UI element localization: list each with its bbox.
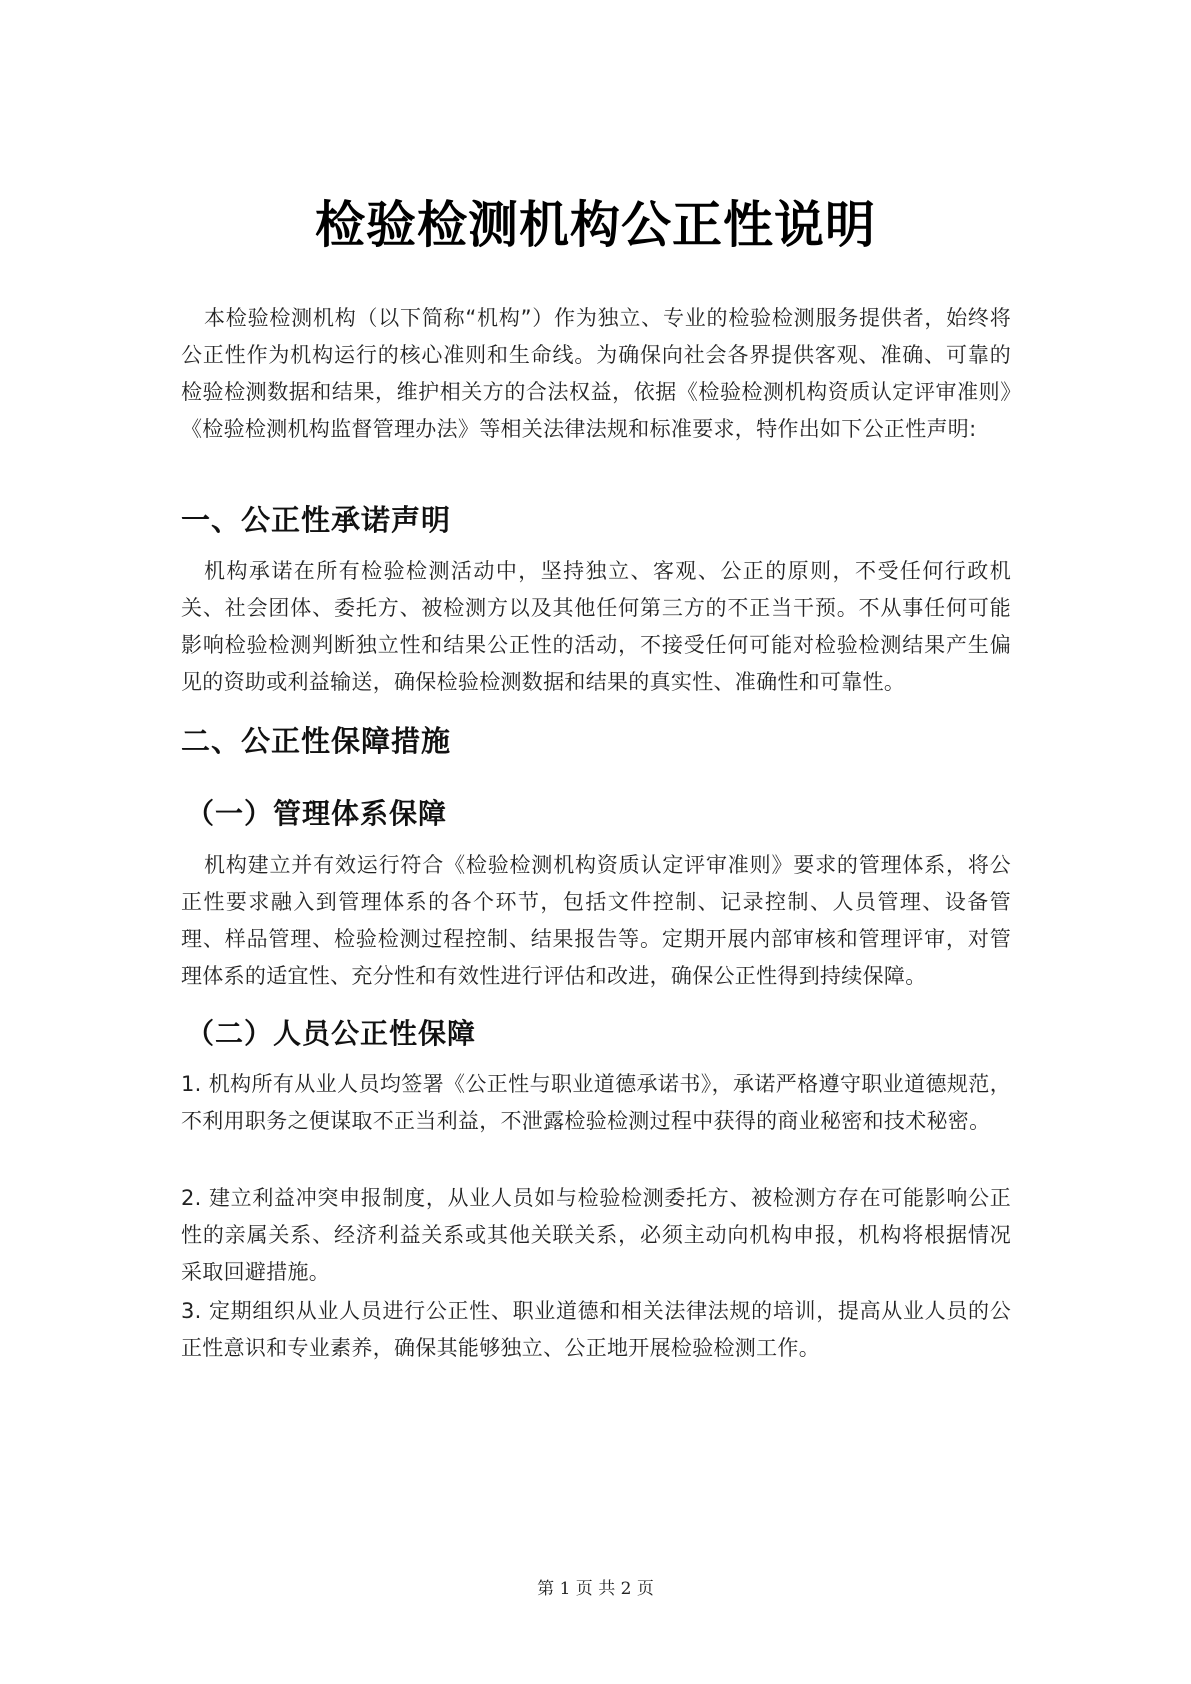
section-heading-commitment: 一、公正性承诺声明: [181, 500, 451, 540]
personnel-item-2: 2. 建立利益冲突申报制度，从业人员如与检验检测委托方、被检测方存在可能影响公正…: [181, 1180, 1011, 1291]
document-page: 检验检测机构公正性说明 本检验检测机构（以下简称“机构”）作为独立、专业的检验检…: [0, 0, 1191, 1684]
management-system-paragraph: 机构建立并有效运行符合《检验检测机构资质认定评审准则》要求的管理体系，将公正性要…: [181, 847, 1011, 995]
page-number-footer: 第 1 页 共 2 页: [0, 1577, 1191, 1601]
subsection-heading-personnel: （二）人员公正性保障: [186, 1014, 476, 1054]
section-heading-safeguards: 二、公正性保障措施: [181, 721, 451, 761]
personnel-item-1: 1. 机构所有从业人员均签署《公正性与职业道德承诺书》，承诺严格遵守职业道德规范…: [181, 1066, 1011, 1140]
intro-paragraph: 本检验检测机构（以下简称“机构”）作为独立、专业的检验检测服务提供者，始终将公正…: [181, 300, 1011, 448]
document-title: 检验检测机构公正性说明: [0, 190, 1191, 260]
commitment-paragraph: 机构承诺在所有检验检测活动中，坚持独立、客观、公正的原则，不受任何行政机关、社会…: [181, 553, 1011, 701]
personnel-item-3: 3. 定期组织从业人员进行公正性、职业道德和相关法律法规的培训，提高从业人员的公…: [181, 1293, 1011, 1367]
subsection-heading-management-system: （一）管理体系保障: [186, 794, 447, 834]
